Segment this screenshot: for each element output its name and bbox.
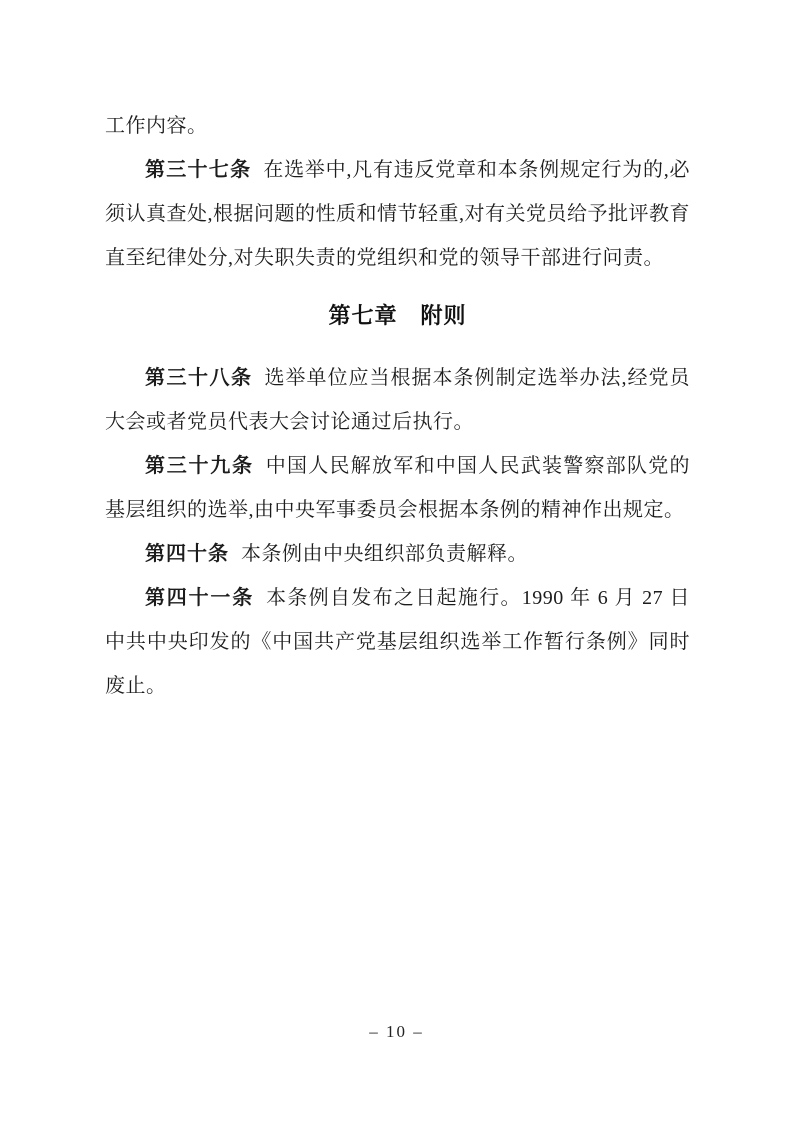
document-content: 工作内容。 第三十七条在选举中,凡有违反党章和本条例规定行为的,必须认真查处,根… [105, 104, 690, 708]
article-number: 第四十一条 [145, 587, 254, 609]
chapter-heading: 第七章 附则 [105, 294, 690, 338]
paragraph-article-41: 第四十一条本条例自发布之日起施行。1990 年 6 月 27 日中共中央印发的《… [105, 576, 690, 708]
document-page: 工作内容。 第三十七条在选举中,凡有违反党章和本条例规定行为的,必须认真查处,根… [0, 0, 793, 1122]
paragraph-article-39: 第三十九条中国人民解放军和中国人民武装警察部队党的基层组织的选举,由中央军事委员… [105, 444, 690, 532]
paragraph-article-40: 第四十条本条例由中央组织部负责解释。 [105, 532, 690, 576]
page-number: – 10 – [0, 1022, 793, 1042]
article-number: 第三十九条 [145, 455, 254, 477]
paragraph-continuation: 工作内容。 [105, 104, 690, 148]
paragraph-text: 工作内容。 [105, 115, 208, 137]
paragraph-article-37: 第三十七条在选举中,凡有违反党章和本条例规定行为的,必须认真查处,根据问题的性质… [105, 148, 690, 280]
article-number: 第三十八条 [145, 367, 253, 389]
article-number: 第四十条 [145, 543, 229, 565]
article-number: 第三十七条 [145, 159, 251, 181]
paragraph-article-38: 第三十八条选举单位应当根据本条例制定选举办法,经党员大会或者党员代表大会讨论通过… [105, 356, 690, 444]
article-text: 本条例由中央组织部负责解释。 [241, 543, 528, 565]
